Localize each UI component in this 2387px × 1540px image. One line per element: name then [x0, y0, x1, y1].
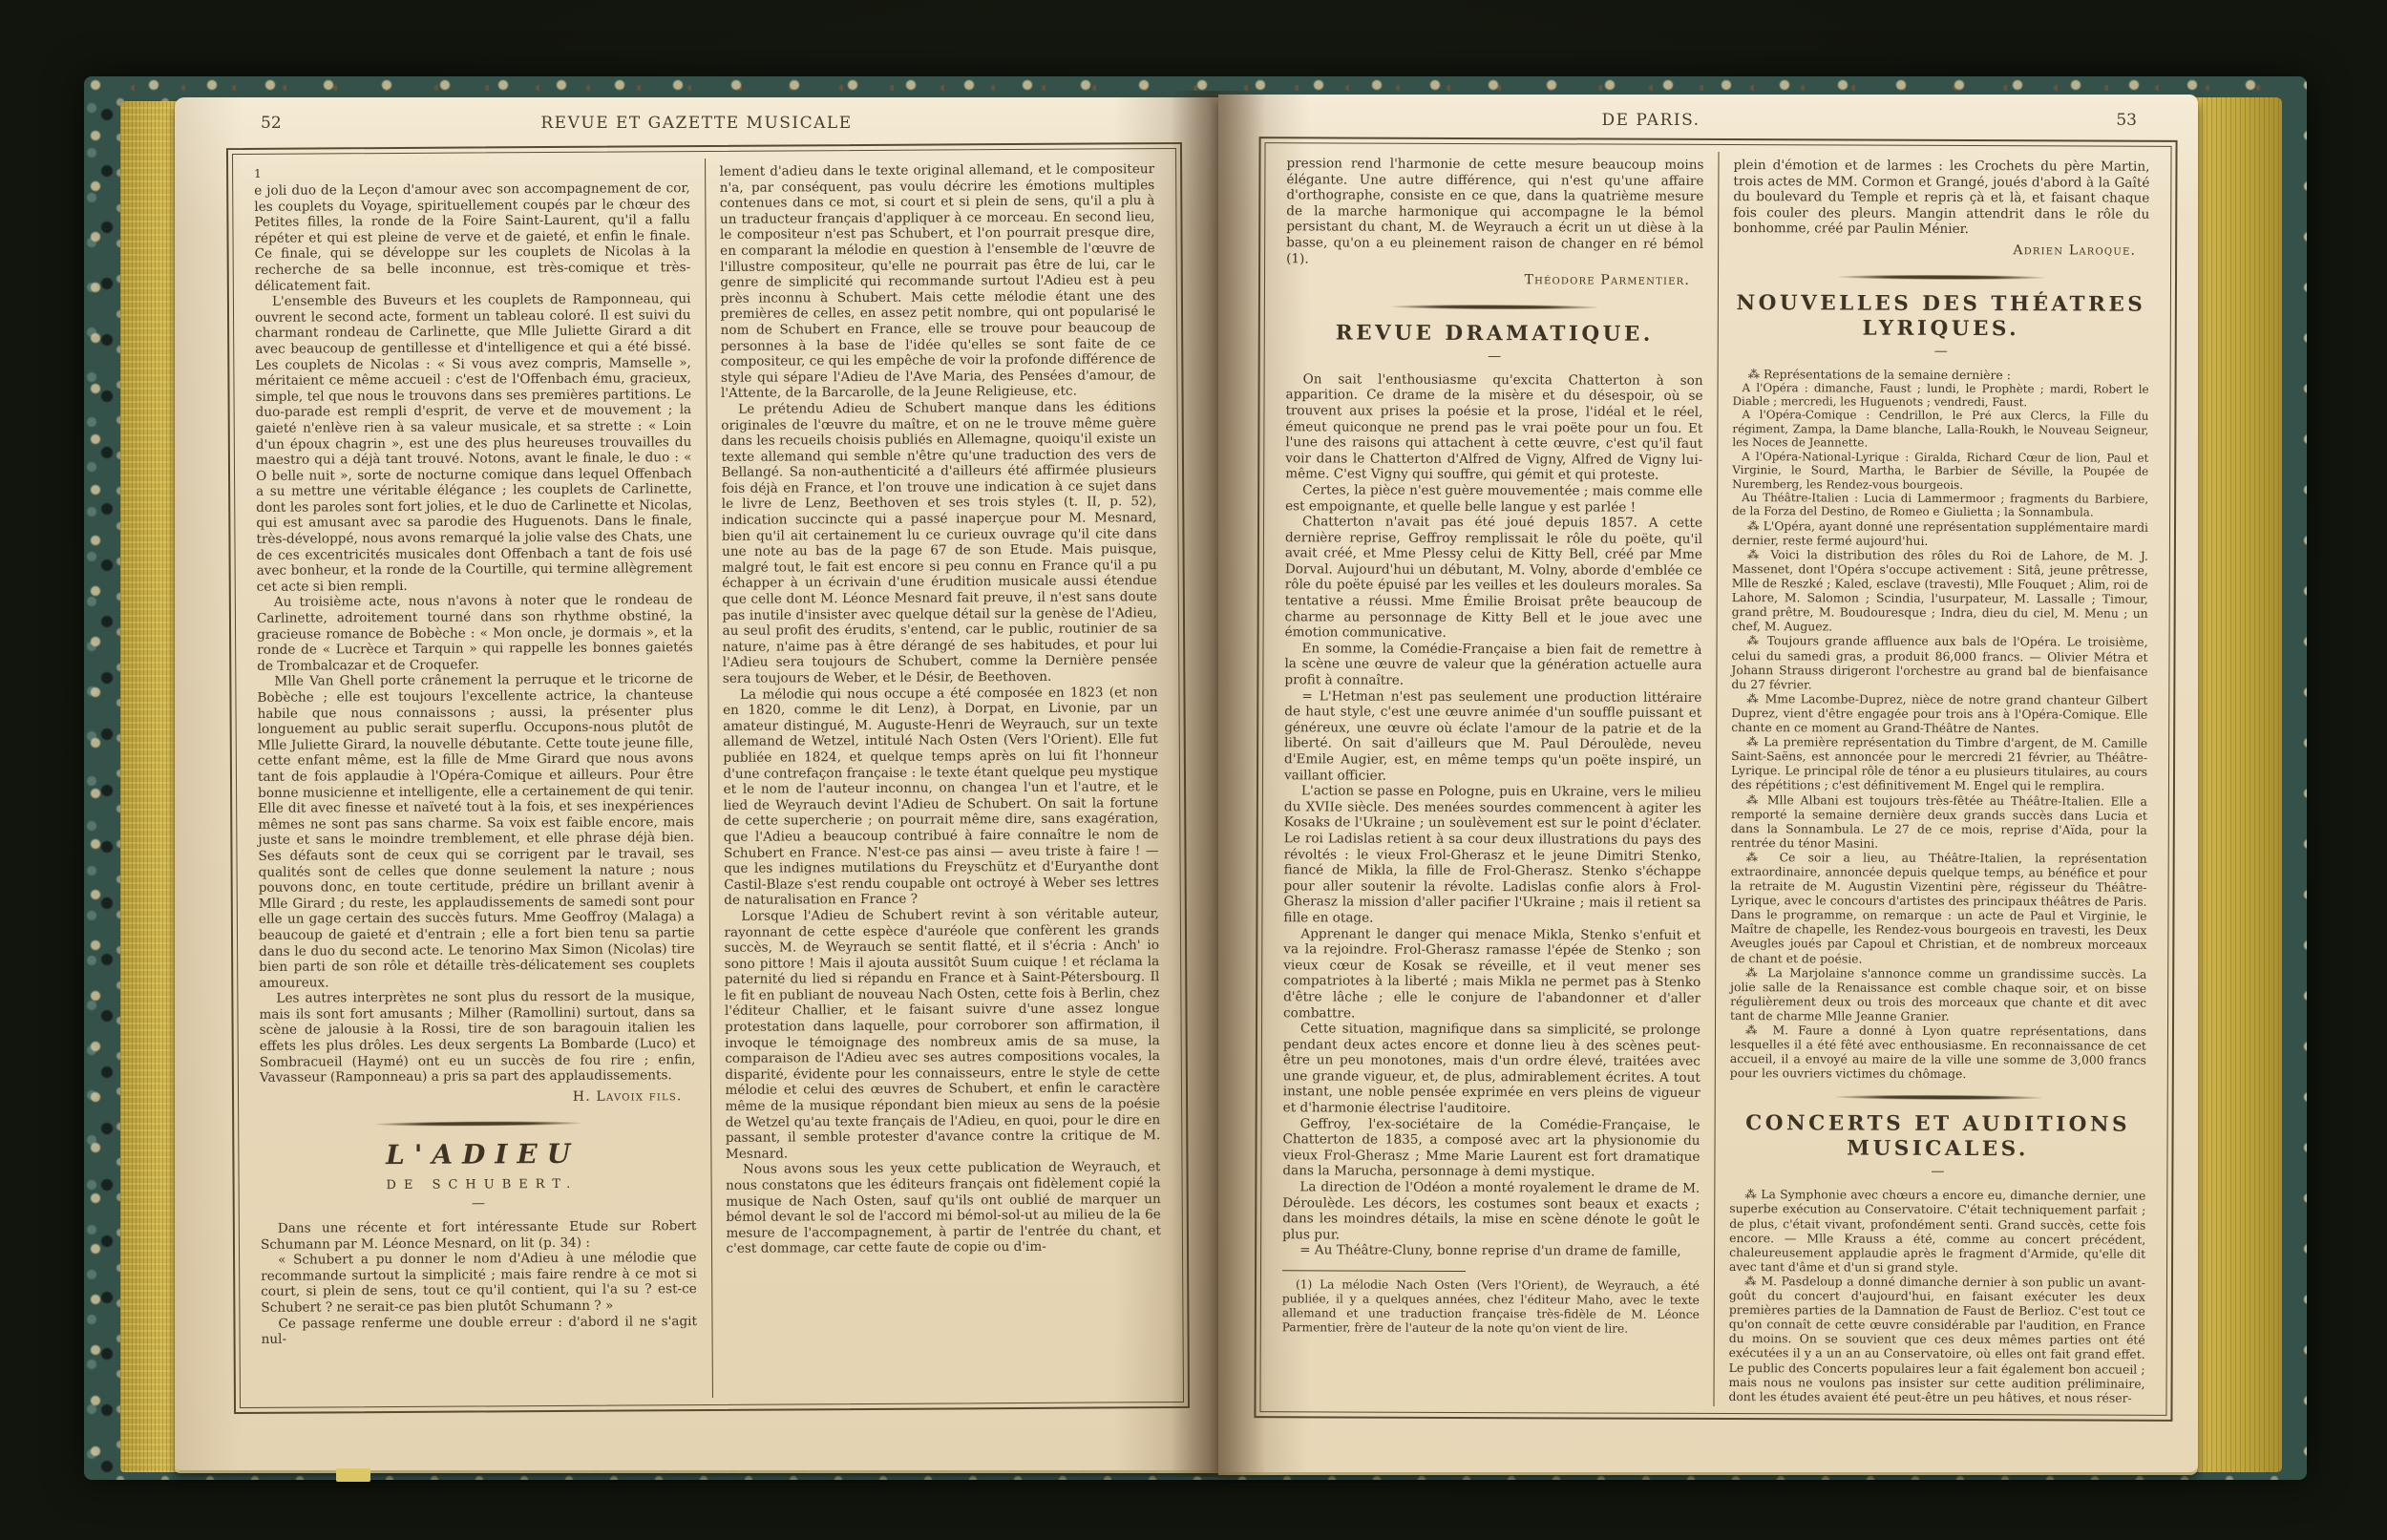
heading-dash: — [1733, 344, 2149, 360]
footnote-rule [1282, 1270, 1466, 1272]
left-page-column-2: lement d'adieu dans le texte original al… [705, 156, 1176, 1398]
news-item: ⁂ M. Faure a donné à Lyon quatre représe… [1730, 1023, 2146, 1082]
section-divider [1839, 274, 2044, 280]
paragraph: = L'Hetman n'est pas seulement une produ… [1284, 688, 1701, 785]
repertoire-line: A l'Opéra-National-Lyrique : Giralda, Ri… [1732, 450, 2148, 493]
left-page: 52 REVUE ET GAZETTE MUSICALE 1e joli duo… [175, 97, 1218, 1470]
left-running-title: REVUE ET GAZETTE MUSICALE [175, 114, 1218, 133]
news-item: ⁂ La première représentation du Timbre d… [1731, 734, 2147, 793]
paragraph: Lorsque l'Adieu de Schubert revint à son… [724, 906, 1160, 1162]
paragraph: L'action se passe en Pologne, puis en Uk… [1283, 783, 1701, 927]
paragraph: lement d'adieu dans le texte original al… [720, 161, 1156, 402]
page-fore-edge-left [120, 101, 180, 1472]
right-page-column-1: pression rend l'harmonie de cette mesure… [1267, 150, 1718, 1406]
paragraph: « Schubert a pu donner le nom d'Adieu à … [261, 1250, 697, 1316]
photograph-of-open-journal: { "journal": { "left_page_number": "52",… [0, 0, 2387, 1540]
right-page-number: 53 [2116, 111, 2137, 130]
paragraph: Dans une récente et fort intéressante Et… [261, 1218, 697, 1253]
right-page-running-head: DE PARIS. 53 [1218, 110, 2198, 135]
paragraph: La mélodie qui nous occupe a été composé… [723, 685, 1159, 909]
paragraph: e joli duo de la Leçon d'amour avec son … [254, 180, 690, 294]
paragraph: = Au Théâtre-Cluny, bonne reprise d'un d… [1282, 1243, 1700, 1260]
left-page-running-head: 52 REVUE ET GAZETTE MUSICALE [175, 113, 1218, 137]
paragraph: L'ensemble des Buveurs et les couplets d… [255, 291, 692, 595]
right-page-frame: pression rend l'harmonie de cette mesure… [1254, 137, 2177, 1422]
paragraph: Mlle Van Ghell porte crânement la perruq… [257, 671, 695, 991]
paragraph: Cette situation, magnifique dans sa simp… [1283, 1021, 1700, 1117]
paragraph: Geffroy, l'ex-sociétaire de la Comédie-F… [1282, 1116, 1700, 1181]
heading-dash: — [1729, 1164, 2145, 1180]
repertoire-line: Au Théâtre-Italien : Lucia di Lammermoor… [1732, 491, 2148, 519]
news-item: ⁂ L'Opéra, ayant donné une représentatio… [1732, 518, 2148, 549]
paragraph: Le prétendu Adieu de Schubert manque dan… [721, 399, 1157, 686]
right-page-columns: pression rend l'harmonie de cette mesure… [1267, 150, 2164, 1408]
author-signature: Théodore Parmentier. [1286, 266, 1703, 290]
paragraph: Chatterton n'avait pas été joué depuis 1… [1285, 514, 1703, 642]
left-page-columns: 1e joli duo de la Leçon d'amour avec son… [240, 156, 1176, 1401]
article-subtitle: DE SCHUBERT. [261, 1177, 697, 1195]
heading-dash: — [1286, 348, 1703, 365]
paragraph: Nous avons sous les yeux cette publicati… [726, 1160, 1161, 1257]
repertoire-line: A l'Opéra-Comique : Cendrillon, le Pré a… [1732, 409, 2148, 452]
footnote: (1) La mélodie Nach Osten (Vers l'Orient… [1282, 1277, 1700, 1336]
right-page: DE PARIS. 53 pression rend l'harmonie de… [1218, 95, 2198, 1472]
news-item: ⁂ Représentations de la semaine dernière… [1733, 367, 2149, 383]
signature-mark: 1 [254, 164, 690, 180]
left-page-frame: 1e joli duo de la Leçon d'amour avec son… [226, 142, 1190, 1414]
news-item: ⁂ Mlle Albani est toujours très-fêtée au… [1731, 792, 2147, 852]
section-heading: NOUVELLES DES THÉATRES LYRIQUES. [1733, 291, 2149, 343]
paragraph: Les autres interprètes ne sont plus du r… [259, 988, 695, 1086]
right-page-column-2: plein d'émotion et de larmes : les Croch… [1713, 152, 2164, 1408]
section-divider [375, 1121, 581, 1127]
news-item: ⁂ Mme Lacombe-Duprez, nièce de notre gra… [1731, 691, 2147, 736]
paragraph: plein d'émotion et de larmes : les Croch… [1733, 158, 2149, 239]
section-heading: CONCERTS ET AUDITIONS MUSICALES. [1729, 1111, 2145, 1163]
news-item: ⁂ Ce soir a lieu, au Théâtre-Italien, la… [1730, 850, 2146, 966]
paragraph: Au troisième acte, nous n'avons à noter … [257, 593, 693, 675]
paragraph: On sait l'enthousiasme qu'excita Chatter… [1285, 371, 1702, 484]
paragraph: Ce passage renferme une double erreur : … [261, 1314, 697, 1348]
repertoire-line: A l'Opéra : dimanche, Faust ; lundi, le … [1732, 381, 2148, 410]
heading-dash: — [261, 1195, 697, 1213]
paragraph: En somme, la Comédie-Française a bien fa… [1284, 641, 1701, 689]
section-divider [1835, 1095, 2040, 1101]
paragraph: pression rend l'harmonie de cette mesure… [1286, 156, 1703, 268]
author-signature: Adrien Laroque. [1733, 237, 2149, 261]
paragraph: Certes, la pièce n'est guère mouvementée… [1285, 482, 1702, 516]
page-fore-edge-right [2192, 97, 2282, 1472]
news-item: ⁂ Voici la distribution des rôles du Roi… [1732, 547, 2148, 635]
news-item: ⁂ Toujours grande affluence aux bals de … [1731, 634, 2147, 693]
article-title: L'ADIEU [260, 1139, 696, 1172]
author-signature: H. Lavoix fils. [260, 1084, 696, 1108]
news-item: ⁂ La Symphonie avec chœurs a encore eu, … [1729, 1187, 2145, 1275]
page-tab [336, 1468, 370, 1482]
news-item: ⁂ M. Pasdeloup a donné dimanche dernier … [1728, 1274, 2145, 1405]
right-running-title: DE PARIS. [1104, 111, 2198, 130]
section-heading: REVUE DRAMATIQUE. [1286, 321, 1703, 348]
left-page-column-1: 1e joli duo de la Leçon d'amour avec son… [240, 158, 711, 1401]
section-divider [1392, 304, 1597, 309]
paragraph: La direction de l'Odéon a monté royaleme… [1282, 1179, 1700, 1244]
news-item: ⁂ La Marjolaine s'annonce comme un grand… [1730, 965, 2146, 1024]
paragraph: Apprenant le danger qui menace Mikla, St… [1283, 926, 1700, 1023]
